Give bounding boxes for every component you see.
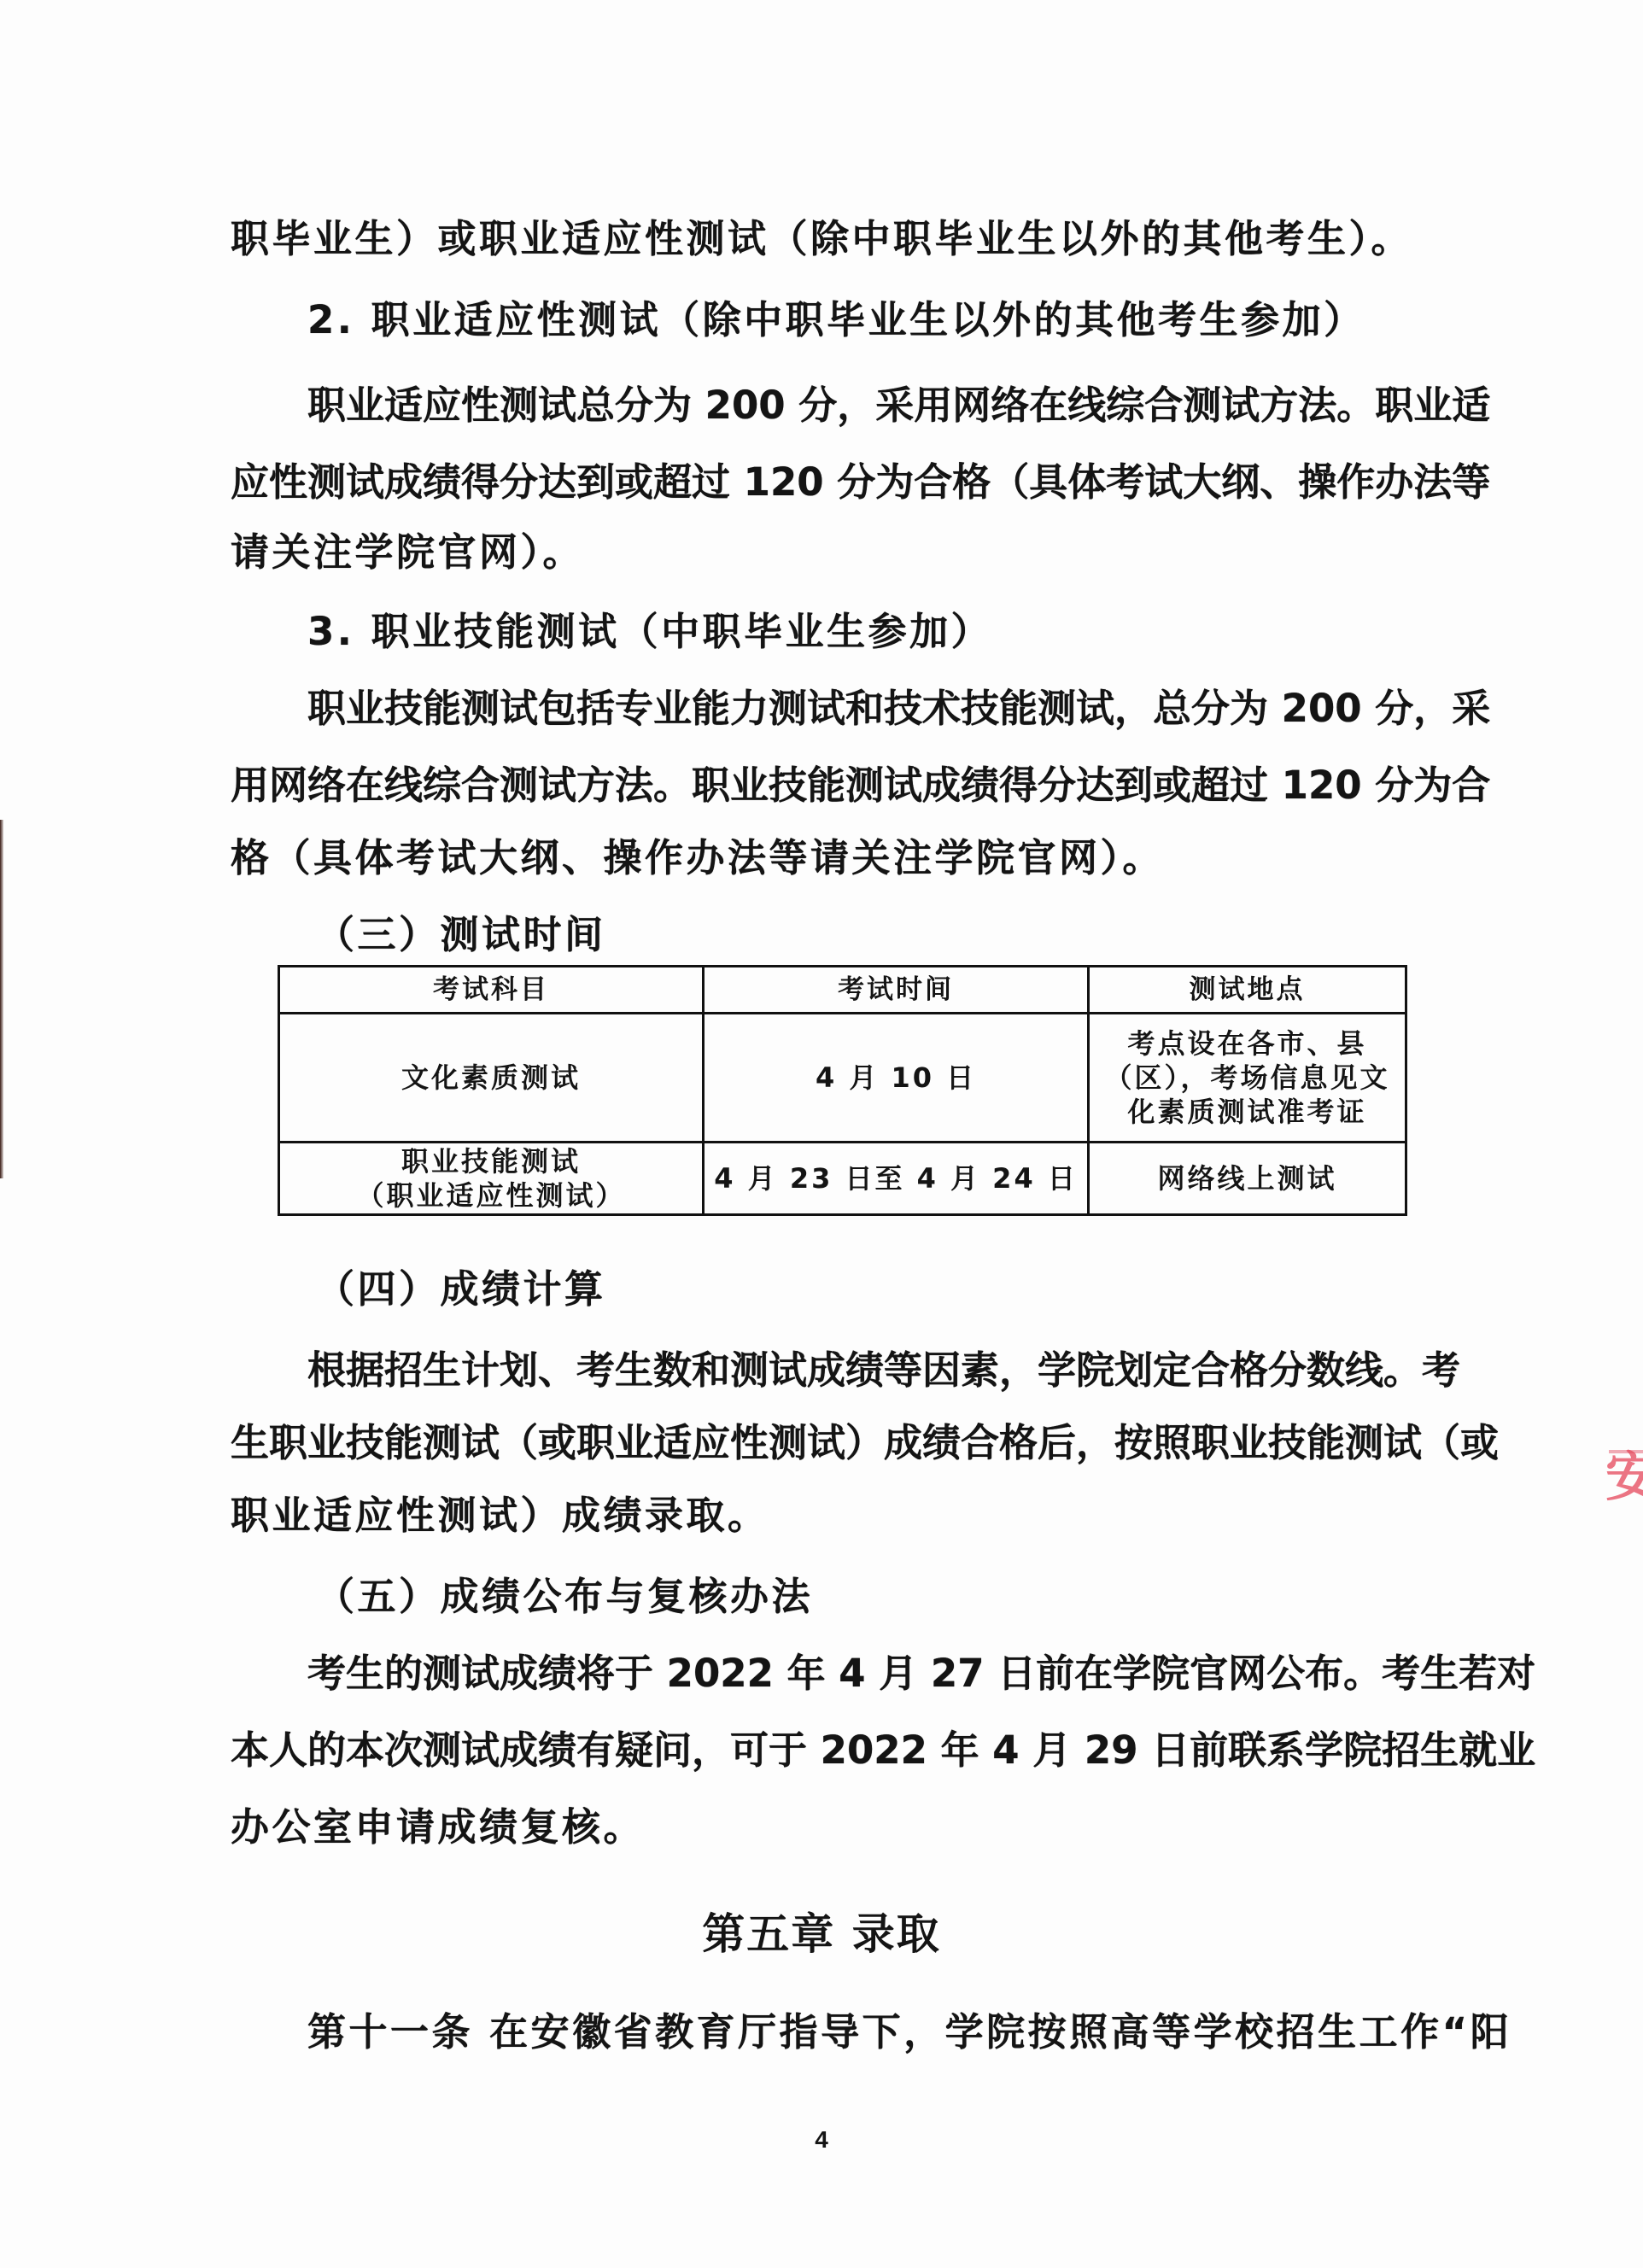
paragraph-line: 根据招生计划、考生数和测试成绩等因素，学院划定合格分数线。考 bbox=[307, 1345, 1460, 1396]
paragraph-line: 格（具体考试大纲、操作办法等请关注学院官网）。 bbox=[231, 833, 1460, 884]
paragraph-line: 职业适应性测试）成绩录取。 bbox=[231, 1490, 1460, 1541]
location-line: 考点设在各市、县 bbox=[1098, 1026, 1396, 1061]
section-heading-score-calculation: （四）成绩计算 bbox=[316, 1264, 1546, 1315]
table-header-location: 测试地点 bbox=[1089, 967, 1406, 1014]
test-schedule-table: 考试科目 考试时间 测试地点 文化素质测试 4 月 10 日 考点设在各市、县 … bbox=[278, 965, 1407, 1216]
section-heading-score-publication: （五）成绩公布与复核办法 bbox=[316, 1571, 1546, 1622]
scan-binding-edge bbox=[0, 820, 3, 1178]
subject-line: 职业技能测试 bbox=[289, 1144, 693, 1178]
table-cell-subject: 职业技能测试 （职业适应性测试） bbox=[279, 1143, 704, 1215]
paragraph-line: 职业适应性测试总分为 200 分，采用网络在线综合测试方法。职业适 bbox=[307, 380, 1460, 431]
section-heading-test-time: （三）测试时间 bbox=[316, 909, 1546, 961]
table-row: 职业技能测试 （职业适应性测试） 4 月 23 日至 4 月 24 日 网络线上… bbox=[279, 1143, 1406, 1215]
paragraph-line: 职业技能测试包括专业能力测试和技术技能测试，总分为 200 分，采 bbox=[307, 683, 1460, 734]
table-cell-location: 考点设在各市、县 （区），考场信息见文 化素质测试准考证 bbox=[1089, 1014, 1406, 1143]
section-heading-2: 2. 职业适应性测试（除中职毕业生以外的其他考生参加） bbox=[307, 295, 1460, 346]
subject-line: （职业适应性测试） bbox=[289, 1178, 693, 1213]
paragraph-line: 应性测试成绩得分达到或超过 120 分为合格（具体考试大纲、操作办法等 bbox=[231, 457, 1460, 508]
paragraph-line: 用网络在线综合测试方法。职业技能测试成绩得分达到或超过 120 分为合 bbox=[231, 760, 1460, 811]
paragraph-line: 办公室申请成绩复核。 bbox=[231, 1802, 1460, 1853]
table-header-subject: 考试科目 bbox=[279, 967, 704, 1014]
table-cell-subject: 文化素质测试 bbox=[279, 1014, 704, 1143]
paragraph-line: 请关注学院官网）。 bbox=[231, 527, 1460, 578]
table-header-row: 考试科目 考试时间 测试地点 bbox=[279, 967, 1406, 1014]
table-header-time: 考试时间 bbox=[704, 967, 1089, 1014]
location-line: 化素质测试准考证 bbox=[1098, 1095, 1396, 1129]
table-row: 文化素质测试 4 月 10 日 考点设在各市、县 （区），考场信息见文 化素质测… bbox=[279, 1014, 1406, 1143]
table-cell-time: 4 月 23 日至 4 月 24 日 bbox=[704, 1143, 1089, 1215]
chapter-title: 第五章 录取 bbox=[0, 1907, 1643, 1961]
article-line: 第十一条 在安徽省教育厅指导下，学院按照高等学校招生工作“阳 bbox=[307, 2007, 1477, 2058]
table-cell-location: 网络线上测试 bbox=[1089, 1143, 1406, 1215]
paragraph-line: 职毕业生）或职业适应性测试（除中职毕业生以外的其他考生）。 bbox=[231, 213, 1460, 265]
page-number: 4 bbox=[0, 2126, 1643, 2154]
red-seal-stamp-fragment: 安 bbox=[1605, 1443, 1643, 1511]
location-line: （区），考场信息见文 bbox=[1098, 1061, 1396, 1095]
paragraph-line: 考生的测试成绩将于 2022 年 4 月 27 日前在学院官网公布。考生若对 bbox=[307, 1648, 1460, 1699]
table-cell-time: 4 月 10 日 bbox=[704, 1014, 1089, 1143]
paragraph-line: 本人的本次测试成绩有疑问，可于 2022 年 4 月 29 日前联系学院招生就业 bbox=[231, 1725, 1460, 1776]
paragraph-line: 生职业技能测试（或职业适应性测试）成绩合格后，按照职业技能测试（或 bbox=[231, 1417, 1460, 1469]
section-heading-3: 3. 职业技能测试（中职毕业生参加） bbox=[307, 606, 1460, 658]
